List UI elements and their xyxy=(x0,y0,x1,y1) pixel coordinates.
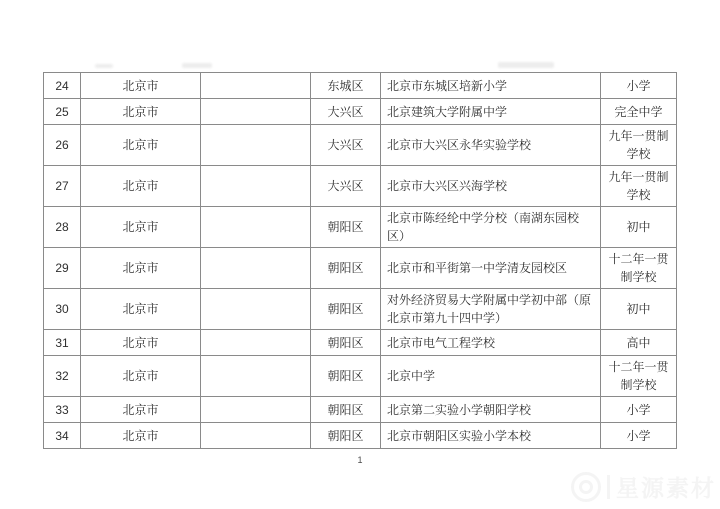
cell-empty xyxy=(201,248,311,288)
table-row: 27 北京市 大兴区 北京市大兴区兴海学校 九年一贯制学校 xyxy=(44,166,676,207)
cell-row-number: 32 xyxy=(44,356,81,396)
table-row: 24 北京市 东城区 北京市东城区培新小学 小学 xyxy=(44,73,676,99)
cell-school-type: 小学 xyxy=(601,73,676,98)
cell-city: 北京市 xyxy=(81,207,201,247)
cell-row-number: 25 xyxy=(44,99,81,124)
cell-city: 北京市 xyxy=(81,248,201,288)
cell-school-name: 北京市朝阳区实验小学本校 xyxy=(381,423,601,448)
cell-city: 北京市 xyxy=(81,330,201,355)
watermark: 星源素材 xyxy=(571,470,716,503)
cell-empty xyxy=(201,356,311,396)
cell-row-number: 26 xyxy=(44,125,81,165)
watermark-logo-icon xyxy=(571,472,601,502)
cell-city: 北京市 xyxy=(81,166,201,206)
cell-city: 北京市 xyxy=(81,356,201,396)
cell-row-number: 30 xyxy=(44,289,81,329)
watermark-text: 星源素材 xyxy=(616,470,716,503)
watermark-separator-bar xyxy=(607,475,610,499)
cell-district: 东城区 xyxy=(311,73,381,98)
cell-school-name: 北京市大兴区永华实验学校 xyxy=(381,125,601,165)
school-list-table: 24 北京市 东城区 北京市东城区培新小学 小学 25 北京市 大兴区 北京建筑… xyxy=(43,72,677,449)
cell-row-number: 27 xyxy=(44,166,81,206)
cropped-text-remnant xyxy=(95,64,113,68)
cell-school-name: 北京建筑大学附属中学 xyxy=(381,99,601,124)
cell-city: 北京市 xyxy=(81,73,201,98)
cell-district: 朝阳区 xyxy=(311,289,381,329)
cell-empty xyxy=(201,330,311,355)
cell-empty xyxy=(201,207,311,247)
cell-empty xyxy=(201,423,311,448)
cell-empty xyxy=(201,397,311,422)
cell-school-type: 高中 xyxy=(601,330,676,355)
cell-row-number: 33 xyxy=(44,397,81,422)
cell-district: 朝阳区 xyxy=(311,423,381,448)
cell-empty xyxy=(201,99,311,124)
cell-district: 朝阳区 xyxy=(311,397,381,422)
cell-row-number: 29 xyxy=(44,248,81,288)
cell-district: 朝阳区 xyxy=(311,330,381,355)
cell-row-number: 31 xyxy=(44,330,81,355)
cropped-text-remnant xyxy=(498,62,554,68)
table-row: 29 北京市 朝阳区 北京市和平街第一中学清友园校区 十二年一贯制学校 xyxy=(44,248,676,289)
table-row: 33 北京市 朝阳区 北京第二实验小学朝阳学校 小学 xyxy=(44,397,676,423)
cell-school-type: 十二年一贯制学校 xyxy=(601,356,676,396)
cropped-text-remnant xyxy=(182,63,212,68)
cell-empty xyxy=(201,166,311,206)
cell-empty xyxy=(201,73,311,98)
table-row: 25 北京市 大兴区 北京建筑大学附属中学 完全中学 xyxy=(44,99,676,125)
cell-school-name: 北京市东城区培新小学 xyxy=(381,73,601,98)
cell-school-type: 十二年一贯制学校 xyxy=(601,248,676,288)
table-row: 32 北京市 朝阳区 北京中学 十二年一贯制学校 xyxy=(44,356,676,397)
cell-school-type: 九年一贯制学校 xyxy=(601,166,676,206)
cell-empty xyxy=(201,125,311,165)
page-number: 1 xyxy=(0,455,720,465)
cell-city: 北京市 xyxy=(81,423,201,448)
cell-school-name: 北京第二实验小学朝阳学校 xyxy=(381,397,601,422)
cell-row-number: 28 xyxy=(44,207,81,247)
cell-school-type: 小学 xyxy=(601,423,676,448)
cell-city: 北京市 xyxy=(81,125,201,165)
cell-district: 大兴区 xyxy=(311,125,381,165)
cell-city: 北京市 xyxy=(81,289,201,329)
cell-city: 北京市 xyxy=(81,397,201,422)
cell-row-number: 24 xyxy=(44,73,81,98)
table-row: 30 北京市 朝阳区 对外经济贸易大学附属中学初中部（原北京市第九十四中学） 初… xyxy=(44,289,676,330)
cell-row-number: 34 xyxy=(44,423,81,448)
cell-school-name: 北京市电气工程学校 xyxy=(381,330,601,355)
cell-district: 朝阳区 xyxy=(311,356,381,396)
cell-district: 朝阳区 xyxy=(311,248,381,288)
cell-school-name: 北京中学 xyxy=(381,356,601,396)
cell-city: 北京市 xyxy=(81,99,201,124)
cell-school-name: 北京市大兴区兴海学校 xyxy=(381,166,601,206)
cell-district: 朝阳区 xyxy=(311,207,381,247)
cell-school-type: 完全中学 xyxy=(601,99,676,124)
table-row: 26 北京市 大兴区 北京市大兴区永华实验学校 九年一贯制学校 xyxy=(44,125,676,166)
table-row: 34 北京市 朝阳区 北京市朝阳区实验小学本校 小学 xyxy=(44,423,676,448)
cell-school-type: 初中 xyxy=(601,207,676,247)
cell-district: 大兴区 xyxy=(311,166,381,206)
cell-school-name: 北京市和平街第一中学清友园校区 xyxy=(381,248,601,288)
cell-school-type: 九年一贯制学校 xyxy=(601,125,676,165)
table-row: 28 北京市 朝阳区 北京市陈经纶中学分校（南湖东园校区） 初中 xyxy=(44,207,676,248)
cell-school-type: 小学 xyxy=(601,397,676,422)
cell-district: 大兴区 xyxy=(311,99,381,124)
cell-school-type: 初中 xyxy=(601,289,676,329)
cell-school-name: 对外经济贸易大学附属中学初中部（原北京市第九十四中学） xyxy=(381,289,601,329)
cell-empty xyxy=(201,289,311,329)
table-row: 31 北京市 朝阳区 北京市电气工程学校 高中 xyxy=(44,330,676,356)
document-page: 24 北京市 东城区 北京市东城区培新小学 小学 25 北京市 大兴区 北京建筑… xyxy=(0,0,720,509)
cell-school-name: 北京市陈经纶中学分校（南湖东园校区） xyxy=(381,207,601,247)
